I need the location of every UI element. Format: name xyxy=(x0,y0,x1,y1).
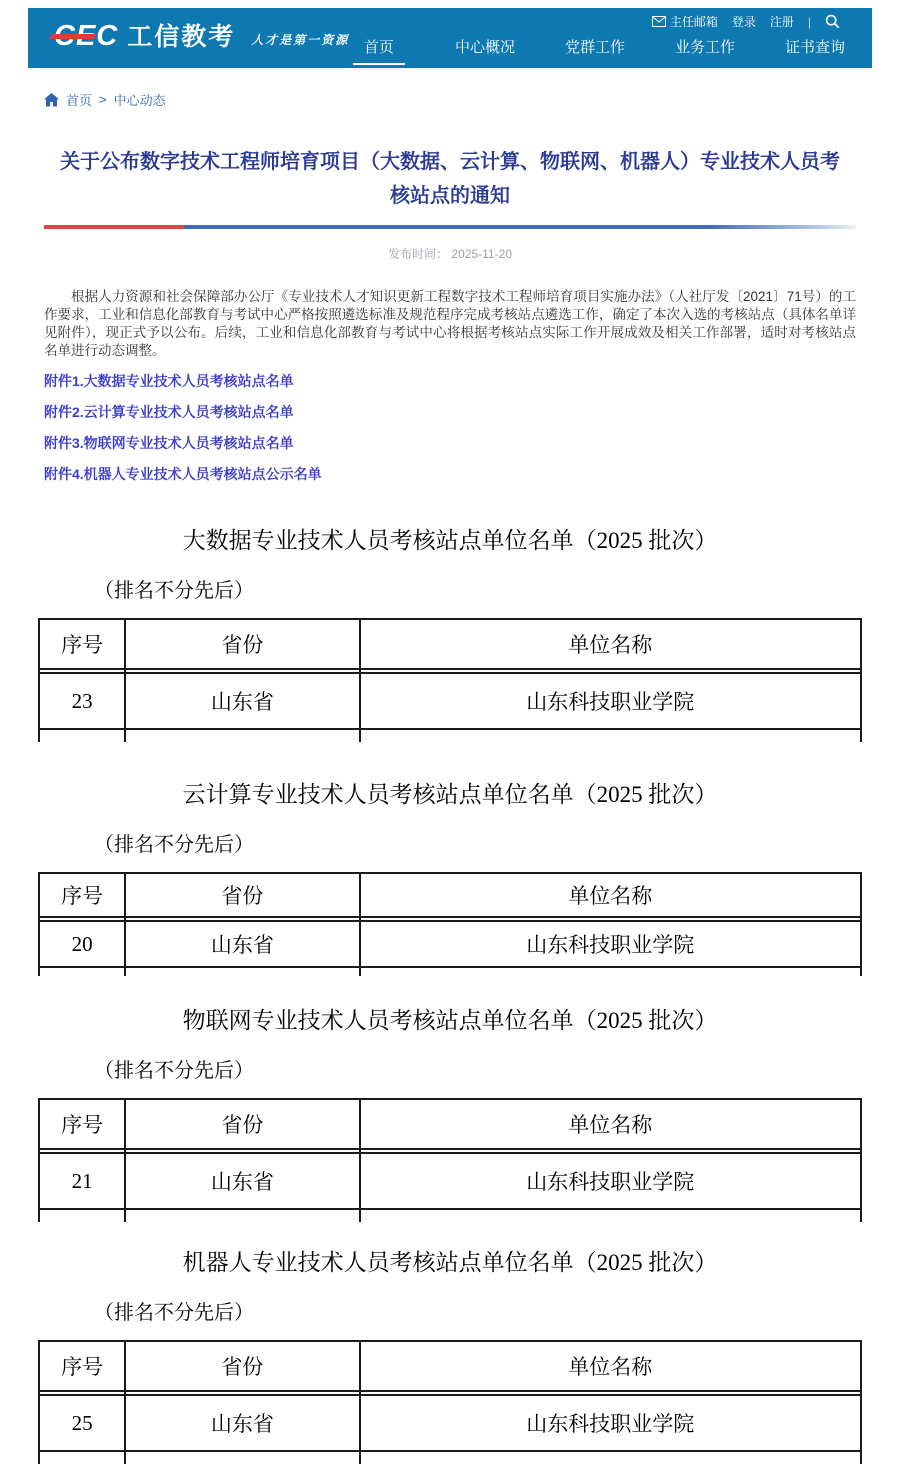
logo-text: 工信教考 xyxy=(127,22,235,52)
col-header-seq: 序号 xyxy=(39,619,125,669)
cell-seq: 20 xyxy=(39,921,125,967)
utility-bar: 主任邮箱 登录 注册 | xyxy=(652,13,840,30)
col-header-seq: 序号 xyxy=(39,1099,125,1149)
nav-label: 业务工作 xyxy=(675,36,735,57)
nav-item-party-work[interactable]: 党群工作 xyxy=(540,34,650,68)
nav-item-certificate-query[interactable]: 证书查询 xyxy=(760,34,870,68)
breadcrumb: 首页 > 中心动态 xyxy=(44,90,856,109)
iot-sites-table: 序号 省份 单位名称 21 山东省 山东科技职业学院 xyxy=(38,1098,862,1222)
nav-underline xyxy=(789,63,841,65)
nav-active-underline xyxy=(353,63,405,65)
col-header-province: 省份 xyxy=(125,1099,359,1149)
col-header-province: 省份 xyxy=(125,873,359,917)
table-row: 21 山东省 山东科技职业学院 xyxy=(39,1153,861,1209)
section-subtitle: （排名不分先后） xyxy=(38,578,862,604)
table-header-row: 序号 省份 单位名称 xyxy=(39,1099,861,1149)
section-title: 机器人专业技术人员考核站点单位名单（2025 批次） xyxy=(38,1248,862,1278)
col-header-province: 省份 xyxy=(125,619,359,669)
table-cropped-row xyxy=(39,729,861,742)
section-title: 大数据专业技术人员考核站点单位名单（2025 批次） xyxy=(38,526,862,556)
cell-unit: 山东科技职业学院 xyxy=(360,921,861,967)
cell-province: 山东省 xyxy=(125,1395,359,1451)
title-divider xyxy=(44,225,856,229)
table-row: 23 山东省 山东科技职业学院 xyxy=(39,673,861,729)
col-header-seq: 序号 xyxy=(39,1341,125,1391)
section-robot: 机器人专业技术人员考核站点单位名单（2025 批次） （排名不分先后） 序号 省… xyxy=(38,1248,862,1464)
divider-red-segment xyxy=(44,225,184,229)
main-nav: 首页 中心概况 党群工作 业务工作 证书查询 xyxy=(328,34,870,68)
utility-divider: | xyxy=(808,15,811,29)
bigdata-sites-table: 序号 省份 单位名称 23 山东省 山东科技职业学院 xyxy=(38,618,862,742)
col-header-unit: 单位名称 xyxy=(360,1341,861,1391)
col-header-unit: 单位名称 xyxy=(360,1099,861,1149)
section-subtitle: （排名不分先后） xyxy=(38,1058,862,1084)
table-cropped-row xyxy=(39,1209,861,1222)
col-header-seq: 序号 xyxy=(39,873,125,917)
nav-item-business-work[interactable]: 业务工作 xyxy=(650,34,760,68)
logo-red-stripe xyxy=(50,34,97,39)
cell-seq: 21 xyxy=(39,1153,125,1209)
cloud-sites-table: 序号 省份 单位名称 20 山东省 山东科技职业学院 xyxy=(38,872,862,976)
table-header-row: 序号 省份 单位名称 xyxy=(39,873,861,917)
mailbox-label: 主任邮箱 xyxy=(670,13,718,30)
site-logo[interactable]: CEC 工信教考 人才是第一资源 xyxy=(54,20,349,52)
cell-unit: 山东科技职业学院 xyxy=(360,673,861,729)
robot-sites-table: 序号 省份 单位名称 25 山东省 山东科技职业学院 xyxy=(38,1340,862,1464)
section-title: 物联网专业技术人员考核站点单位名单（2025 批次） xyxy=(38,1006,862,1036)
divider-blue-segment xyxy=(184,225,856,229)
col-header-unit: 单位名称 xyxy=(360,619,861,669)
attachment-link-1[interactable]: 附件1.大数据专业技术人员考核站点名单 xyxy=(44,374,856,389)
table-header-row: 序号 省份 单位名称 xyxy=(39,619,861,669)
publish-date-value: 2025-11-20 xyxy=(451,247,512,261)
nav-label: 中心概况 xyxy=(455,36,515,57)
section-title: 云计算专业技术人员考核站点单位名单（2025 批次） xyxy=(38,780,862,810)
section-cloud: 云计算专业技术人员考核站点单位名单（2025 批次） （排名不分先后） 序号 省… xyxy=(38,780,862,976)
nav-underline xyxy=(569,63,621,65)
attachment-link-4[interactable]: 附件4.机器人专业技术人员考核站点公示名单 xyxy=(44,467,856,482)
search-button[interactable] xyxy=(825,14,840,29)
attachment-list: 附件1.大数据专业技术人员考核站点名单 附件2.云计算专业技术人员考核站点名单 … xyxy=(44,374,856,482)
nav-item-home[interactable]: 首页 xyxy=(328,34,430,68)
table-row: 25 山东省 山东科技职业学院 xyxy=(39,1395,861,1451)
home-icon xyxy=(44,93,59,107)
search-icon xyxy=(825,14,840,29)
attachment-link-3[interactable]: 附件3.物联网专业技术人员考核站点名单 xyxy=(44,436,856,451)
article: 关于公布数字技术工程师培育项目（大数据、云计算、物联网、机器人）专业技术人员考核… xyxy=(44,145,856,482)
col-header-province: 省份 xyxy=(125,1341,359,1391)
cell-seq: 25 xyxy=(39,1395,125,1451)
breadcrumb-separator: > xyxy=(99,92,107,107)
page-title: 关于公布数字技术工程师培育项目（大数据、云计算、物联网、机器人）专业技术人员考核… xyxy=(44,145,856,213)
publish-date-label: 发布时间： xyxy=(388,247,448,261)
article-body: 根据人力资源和社会保障部办公厅《专业技术人才知识更新工程数字技术工程师培育项目实… xyxy=(44,288,856,360)
site-header: CEC 工信教考 人才是第一资源 主任邮箱 登录 注册 | 首页 中心概况 xyxy=(28,8,872,68)
section-subtitle: （排名不分先后） xyxy=(38,832,862,858)
document-body: 大数据专业技术人员考核站点单位名单（2025 批次） （排名不分先后） 序号 省… xyxy=(38,526,862,1464)
login-link[interactable]: 登录 xyxy=(732,13,756,30)
table-cropped-row xyxy=(39,1451,861,1464)
nav-underline xyxy=(459,63,511,65)
breadcrumb-current[interactable]: 中心动态 xyxy=(114,90,166,109)
nav-label: 党群工作 xyxy=(565,36,625,57)
cell-unit: 山东科技职业学院 xyxy=(360,1395,861,1451)
table-cropped-row xyxy=(39,967,861,976)
cell-province: 山东省 xyxy=(125,921,359,967)
nav-label: 证书查询 xyxy=(785,36,845,57)
table-header-row: 序号 省份 单位名称 xyxy=(39,1341,861,1391)
nav-item-center-overview[interactable]: 中心概况 xyxy=(430,34,540,68)
nav-label: 首页 xyxy=(364,36,394,57)
col-header-unit: 单位名称 xyxy=(360,873,861,917)
mail-icon xyxy=(652,16,666,27)
section-subtitle: （排名不分先后） xyxy=(38,1300,862,1326)
cell-province: 山东省 xyxy=(125,1153,359,1209)
register-link[interactable]: 注册 xyxy=(770,13,794,30)
breadcrumb-home[interactable]: 首页 xyxy=(66,90,92,109)
mailbox-link[interactable]: 主任邮箱 xyxy=(652,13,718,30)
cell-province: 山东省 xyxy=(125,673,359,729)
attachment-link-2[interactable]: 附件2.云计算专业技术人员考核站点名单 xyxy=(44,405,856,420)
section-iot: 物联网专业技术人员考核站点单位名单（2025 批次） （排名不分先后） 序号 省… xyxy=(38,1006,862,1222)
cell-unit: 山东科技职业学院 xyxy=(360,1153,861,1209)
table-row: 20 山东省 山东科技职业学院 xyxy=(39,921,861,967)
section-bigdata: 大数据专业技术人员考核站点单位名单（2025 批次） （排名不分先后） 序号 省… xyxy=(38,526,862,742)
publish-date-row: 发布时间： 2025-11-20 xyxy=(44,245,856,262)
nav-underline xyxy=(679,63,731,65)
cell-seq: 23 xyxy=(39,673,125,729)
